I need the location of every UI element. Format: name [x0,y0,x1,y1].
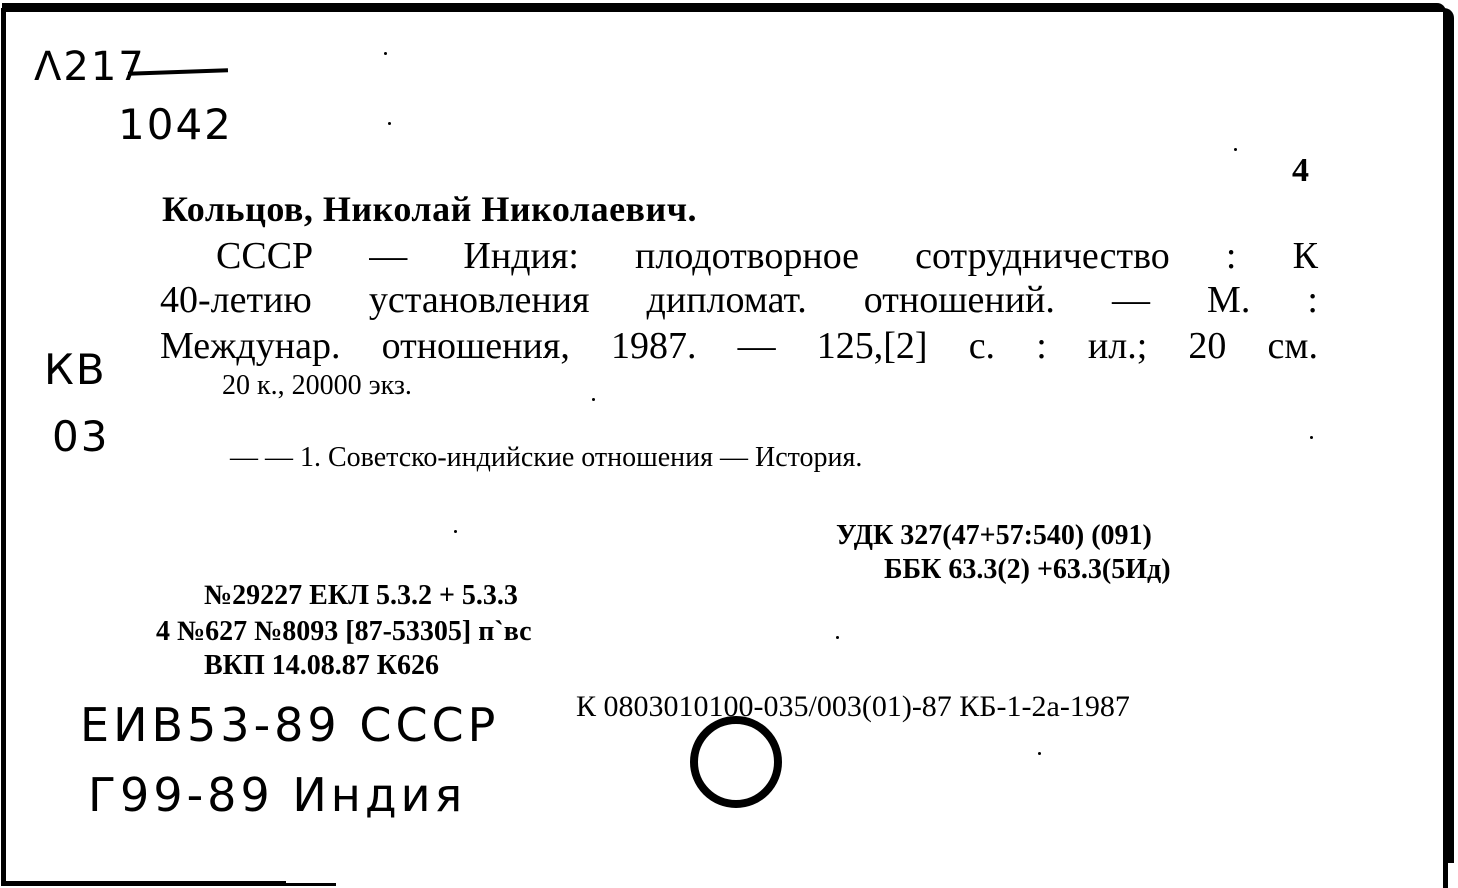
card-border-bottom-tail [286,883,336,886]
title-word: — [1112,278,1150,322]
title-word: плодотворное [635,234,859,278]
catalog-code-1: №29227 ЕКЛ 5.3.2 + 5.3.3 [204,580,518,612]
handwritten-margin-kb: КВ [44,345,107,394]
speck [384,52,387,55]
title-word: 20 [1188,324,1226,368]
catalog-code-2: 4 №627 №8093 [87-53305] п`вс [156,616,532,648]
title-word: отношений. [864,278,1055,322]
card-border-bottom [1,881,286,886]
catalog-code-3: ВКП 14.08.87 К626 [204,650,439,682]
handwritten-number: 1042 [118,100,233,149]
title-word: Междунар. [160,324,340,368]
title-word: : [1307,278,1318,322]
card-border-top [2,3,1446,12]
udk-classification: УДК 327(47+57:540) (091) [836,520,1152,552]
speck [836,636,839,639]
title-word: дипломат. [647,278,807,322]
price-print-run: 20 к., 20000 экз. [222,370,412,402]
handwritten-note-1: ЕИВ53-89 СССР [80,698,499,752]
speck [454,530,457,533]
title-word: с. [969,324,995,368]
handwritten-shelfmark: Λ217 [34,44,146,90]
bbk-classification: ББК 63.3(2) +63.3(5Ид) [884,554,1171,586]
card-border-right-tail [1443,860,1448,888]
title-word: см. [1268,324,1318,368]
title-line-2: 40-летиюустановлениядипломат.отношений.—… [160,278,1318,322]
title-word: отношения, [382,324,570,368]
speck [388,122,391,125]
title-word: установления [369,278,590,322]
title-word: — [369,234,407,278]
title-word: сотрудничество [915,234,1170,278]
title-word: : [1226,234,1237,278]
title-word: М. [1207,278,1250,322]
subject-heading: — — 1. Советско-индийские отношения — Ис… [230,442,862,474]
speck [1038,752,1041,755]
catalog-card: Λ217 1042 КВ 03 ЕИВ53-89 СССР Г99-89 Инд… [0,0,1458,888]
title-word: 1987. [611,324,697,368]
title-line-1: СССР—Индия:плодотворноесотрудничество:К [216,234,1318,278]
title-word: 40-летию [160,278,312,322]
card-border-right [1443,8,1454,863]
speck [592,398,595,401]
title-word: Индия: [463,234,578,278]
author-heading: Кольцов, Николай Николаевич. [162,188,697,230]
title-word: К [1293,234,1318,278]
speck [1234,148,1237,151]
title-line-3: Междунар.отношения,1987.—125,[2]с.:ил.;2… [160,324,1318,368]
card-number: 4 [1292,152,1309,190]
card-border-left [1,8,6,886]
handwritten-margin-03: 03 [52,412,109,461]
title-word: ил.; [1088,324,1147,368]
title-word: 125,[2] [817,324,928,368]
speck [1310,436,1313,439]
punch-hole-circle [690,716,782,808]
title-word: СССР [216,234,313,278]
title-word: : [1036,324,1047,368]
title-word: — [738,324,776,368]
publisher-index-code: К 0803010100-035/003(01)-87 КБ-1-2а-1987 [576,690,1130,724]
handwritten-note-2: Г99-89 Индия [88,768,466,822]
